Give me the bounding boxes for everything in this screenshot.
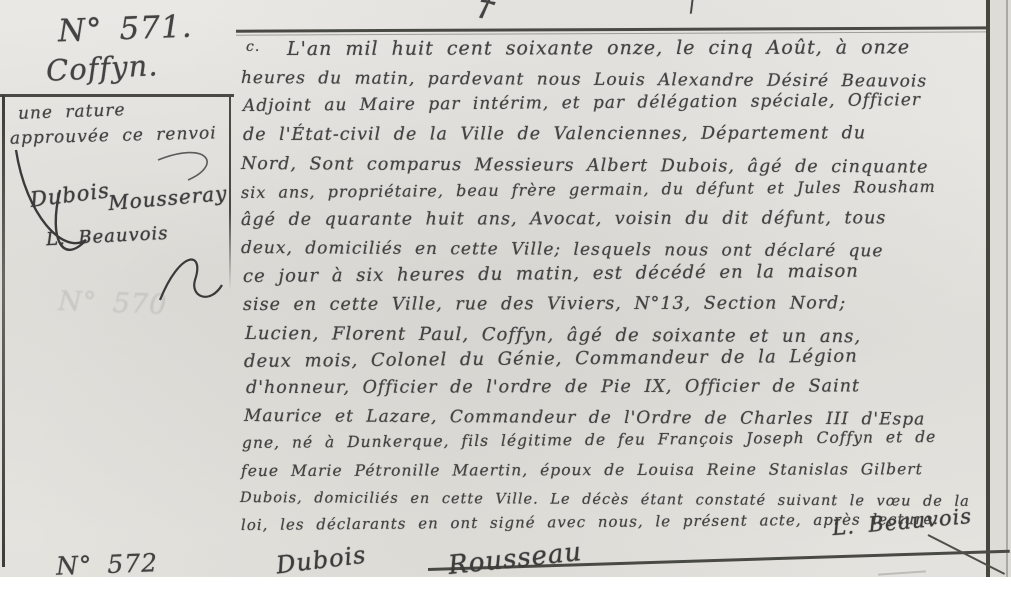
record-line: Maurice et Lazare, Commandeur de l'Ordre… <box>244 408 925 429</box>
record-line: de l'État-civil de la Ville de Valencien… <box>243 125 866 144</box>
scanned-register-page: † / N° 571. Coffyn. une rature approuvée… <box>0 0 1011 614</box>
record-line: sise en cette Ville, rue des Viviers, N°… <box>243 295 846 314</box>
record-line: L'an mil huit cent soixante onze, le cin… <box>287 38 910 59</box>
record-line: feue Marie Pétronille Maertin, époux de … <box>241 462 923 479</box>
record-line: Dubois, domiciliés en cette Ville. Le dé… <box>240 491 970 509</box>
record-line: gne, né à Dunkerque, fils légitime de fe… <box>242 430 936 452</box>
scan-cutoff-band <box>0 577 1011 614</box>
record-line: deux mois, Colonel du Génie, Commandeur … <box>244 348 858 371</box>
record-line: d'honneur, Officier de l'ordre de Pie IX… <box>246 378 860 397</box>
record-line: Adjoint au Maire par intérim, et par dél… <box>243 92 921 115</box>
record-line: deux, domiciliés en cette Ville; lesquel… <box>241 240 884 260</box>
record-line: Lucien, Florent Paul, Coffyn, âgé de soi… <box>245 325 861 346</box>
record-line: heures du matin, pardevant nous Louis Al… <box>241 70 927 91</box>
record-line: ce jour à six heures du matin, est décéd… <box>243 263 859 286</box>
record-line: Nord, Sont comparus Messieurs Albert Dub… <box>241 156 929 177</box>
record-line: six ans, propriétaire, beau frère germai… <box>241 179 936 201</box>
record-line: âgé de quarante huit ans, Avocat, voisin… <box>241 210 886 229</box>
